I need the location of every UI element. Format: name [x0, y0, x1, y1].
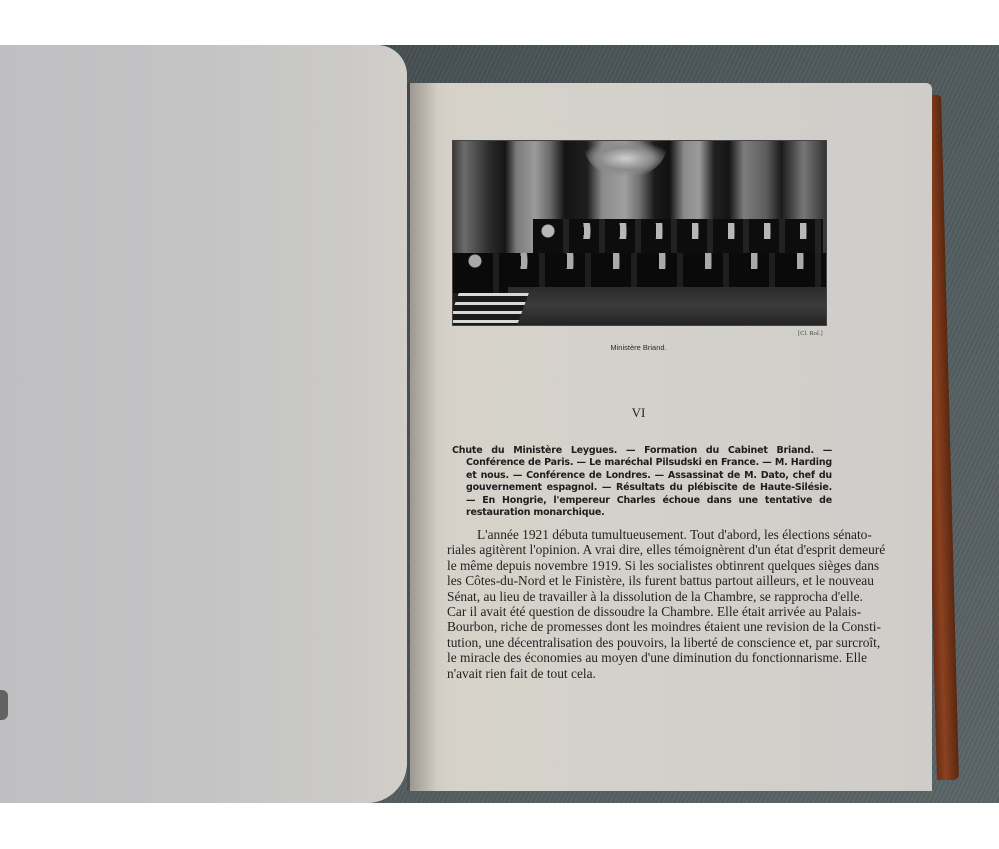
body-line: le même depuis novembre 1919. Si les soc… [447, 558, 829, 573]
body-line: riales agitèrent l'opinion. A vrai dire,… [447, 542, 829, 557]
body-line: Bourbon, riche de promesses dont les moi… [447, 619, 829, 634]
body-line: Car il avait été question de dissoudre l… [447, 604, 829, 619]
photo-caption: Ministère Briand. [452, 343, 825, 352]
body-line: n'avait rien fait de tout cela. [447, 666, 829, 681]
left-page-blank [0, 45, 407, 803]
thumb-shadow [0, 690, 8, 720]
seated-ministers-heads [453, 253, 826, 269]
body-line: Sénat, au lieu de travailler à la dissol… [447, 589, 829, 604]
gutter-shadow [407, 83, 437, 791]
chapter-summary: Chute du Ministère Leygues. — Formation … [452, 445, 832, 519]
body-line: les Côtes-du-Nord et le Finistère, ils f… [447, 573, 829, 588]
conference-table [508, 287, 826, 325]
body-line: le miracle des économies au moyen d'une … [447, 650, 829, 665]
body-paragraph: L'année 1921 débuta tumultueusement. Tou… [447, 527, 829, 681]
body-line: tution, une décentralisation des pouvoir… [447, 635, 829, 650]
standing-ministers-heads [533, 223, 823, 239]
table-papers [452, 293, 529, 325]
photo-credit: [Cl. Rol.] [798, 331, 823, 337]
body-line: L'année 1921 débuta tumultueusement. Tou… [447, 527, 829, 542]
photo-plate-ministere-briand [452, 140, 827, 326]
chapter-number: VI [452, 405, 825, 421]
